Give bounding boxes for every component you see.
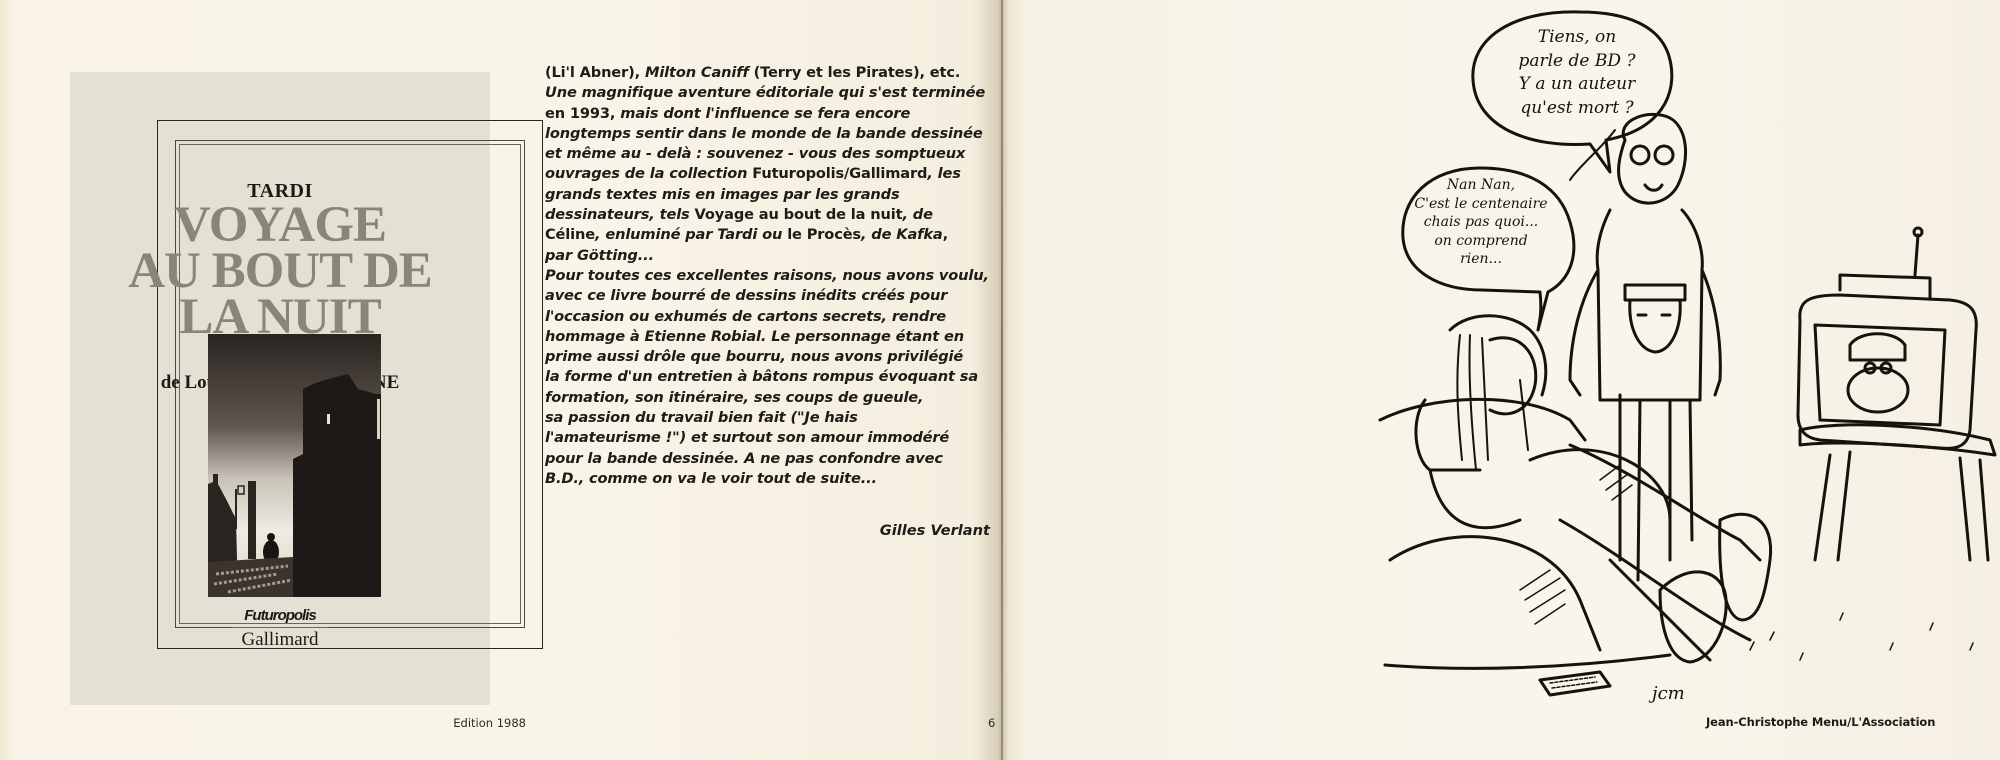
body-line: grands textes mis en images par les gran… xyxy=(545,185,1000,205)
text-segment: Voyage au bout de la nuit xyxy=(695,206,903,223)
body-line: formation, son itinéraire, ses coups de … xyxy=(545,388,1000,408)
text-segment: (Terry et les Pirates), etc. xyxy=(754,64,961,81)
body-line: Céline, enluminé par Tardi ou le Procès,… xyxy=(545,225,1000,245)
futuropolis-logo: Futuropolis xyxy=(70,607,490,624)
text-segment: Milton Caniff xyxy=(645,64,754,81)
bubble-line: Tiens, on xyxy=(1502,26,1652,50)
bubble-line: C'est le centenaire xyxy=(1406,195,1556,214)
illustration-credit: Jean-Christophe Menu/L'Association xyxy=(1706,715,1935,729)
body-line: Pour toutes ces excellentes raisons, nou… xyxy=(545,266,1000,286)
author-signature: Gilles Verlant xyxy=(700,522,990,539)
night-street-illustration-icon xyxy=(208,334,381,597)
speech-bubble-1-text: Tiens, on parle de BD ? Y a un auteur qu… xyxy=(1502,26,1652,120)
body-line: (Li'l Abner), Milton Caniff (Terry et le… xyxy=(545,63,1000,83)
left-page: TARDI VOYAGE AU BOUT DE LA NUIT de Louis… xyxy=(0,0,1003,760)
body-line: B.D., comme on va le voir tout de suite.… xyxy=(545,469,1000,489)
body-line: pour la bande dessinée. A ne pas confond… xyxy=(545,449,1000,469)
text-segment: en 1993, xyxy=(545,105,620,122)
cover-title-line: VOYAGE xyxy=(70,202,490,248)
cover-title: VOYAGE AU BOUT DE LA NUIT xyxy=(70,202,490,340)
text-segment: ouvrages de la collection xyxy=(545,165,752,182)
text-segment: dessinateurs, tels xyxy=(545,206,695,223)
body-line: avec ce livre bourré de dessins inédits … xyxy=(545,286,1000,306)
text-segment: Une magnifique aventure éditoriale qui s… xyxy=(545,84,985,101)
text-segment: ou xyxy=(762,226,787,243)
body-line: longtemps sentir dans le monde de la ban… xyxy=(545,124,1000,144)
text-segment: formation, son itinéraire, ses coups de … xyxy=(545,389,923,406)
book-cover-image: TARDI VOYAGE AU BOUT DE LA NUIT de Louis… xyxy=(70,72,490,705)
body-line: par Götting... xyxy=(545,246,1000,266)
text-segment: (Li'l Abner), xyxy=(545,64,645,81)
body-line: en 1993, mais dont l'influence se fera e… xyxy=(545,104,1000,124)
body-line: l'amateurisme !") et surtout son amour i… xyxy=(545,428,1000,448)
cartoon-drawing-icon xyxy=(1370,0,2000,720)
text-segment: , les xyxy=(927,165,960,182)
speech-bubble-2-text: Nan Nan, C'est le centenaire chais pas q… xyxy=(1406,176,1556,269)
bubble-line: chais pas quoi... xyxy=(1406,213,1556,232)
text-segment: pour la bande dessinée. A ne pas confond… xyxy=(545,450,943,467)
text-segment: Kafka xyxy=(896,226,942,243)
text-segment: l'amateurisme !") et surtout son amour i… xyxy=(545,429,949,446)
text-segment: , de xyxy=(902,206,932,223)
text-segment: , de xyxy=(861,226,896,243)
bubble-line: qu'est mort ? xyxy=(1502,97,1652,121)
page-number: 6 xyxy=(988,716,995,730)
text-segment: Futuropolis/Gallimard xyxy=(752,165,927,182)
publisher-divider xyxy=(232,627,328,628)
text-segment: grands textes mis en images par les gran… xyxy=(545,186,900,203)
text-segment: , xyxy=(943,226,948,243)
text-segment: le Procès xyxy=(787,226,861,243)
text-segment: la forme d'un entretien à bâtons rompus … xyxy=(545,368,978,385)
text-segment: Tardi xyxy=(717,226,762,243)
bubble-line: on comprend xyxy=(1406,232,1556,251)
body-line: prime aussi drôle que bourru, nous avons… xyxy=(545,347,1000,367)
bubble-line: parle de BD ? xyxy=(1502,50,1652,74)
cover-title-line: AU BOUT DE xyxy=(70,248,490,294)
text-segment: et même au - delà : souvenez - vous des … xyxy=(545,145,965,162)
text-segment: longtemps sentir dans le monde de la ban… xyxy=(545,125,983,142)
article-body: (Li'l Abner), Milton Caniff (Terry et le… xyxy=(545,63,1000,489)
body-line: ouvrages de la collection Futuropolis/Ga… xyxy=(545,164,1000,184)
text-segment: par Götting... xyxy=(545,247,654,264)
cover-publisher-name: Gallimard xyxy=(70,629,490,651)
bubble-line: rien... xyxy=(1406,250,1556,269)
body-line: l'occasion ou exhumés de cartons secrets… xyxy=(545,307,1000,327)
text-segment: , enluminé par xyxy=(595,226,717,243)
cartoon-illustration: Tiens, on parle de BD ? Y a un auteur qu… xyxy=(1370,0,2000,720)
body-line: sa passion du travail bien fait ("Je hai… xyxy=(545,408,1000,428)
text-segment: mais dont l'influence se fera encore xyxy=(620,105,910,122)
cover-illustration xyxy=(208,334,381,597)
text-segment: Pour toutes ces excellentes raisons, nou… xyxy=(545,267,989,284)
bubble-line: Y a un auteur xyxy=(1502,73,1652,97)
body-line: et même au - delà : souvenez - vous des … xyxy=(545,144,1000,164)
body-line: hommage à Etienne Robial. Le personnage … xyxy=(545,327,1000,347)
text-segment: hommage à Etienne Robial. Le personnage … xyxy=(545,328,964,345)
text-segment: B.D., comme on va le voir tout de suite.… xyxy=(545,470,877,487)
text-segment: prime aussi drôle que bourru, nous avons… xyxy=(545,348,963,365)
body-line: la forme d'un entretien à bâtons rompus … xyxy=(545,367,1000,387)
cover-caption: Edition 1988 xyxy=(380,716,526,730)
text-segment: avec ce livre bourré de dessins inédits … xyxy=(545,287,947,304)
text-segment: l'occasion ou exhumés de cartons secrets… xyxy=(545,308,946,325)
artist-signature: jcm xyxy=(1652,683,1685,704)
body-line: Une magnifique aventure éditoriale qui s… xyxy=(545,83,1000,103)
text-segment: Céline xyxy=(545,226,595,243)
body-line: dessinateurs, tels Voyage au bout de la … xyxy=(545,205,1000,225)
book-spread: TARDI VOYAGE AU BOUT DE LA NUIT de Louis… xyxy=(0,0,2000,760)
bubble-line: Nan Nan, xyxy=(1406,176,1556,195)
text-segment: sa passion du travail bien fait ("Je hai… xyxy=(545,409,858,426)
